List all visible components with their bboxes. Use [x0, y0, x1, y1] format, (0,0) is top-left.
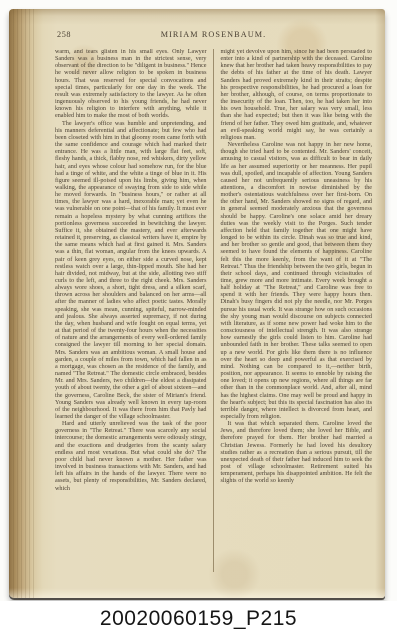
- paragraph: might yet devolve upon him, since he had…: [221, 49, 373, 142]
- paragraph: Nevertheless Caroline was not happy in h…: [221, 142, 373, 421]
- scan-label-strip: 20020060159_P215: [0, 601, 397, 640]
- paragraph: The lawyer's office was humble and unpre…: [55, 121, 207, 422]
- page-content: 258 MIRIAM ROSENBAUM. warm, and tears gl…: [55, 29, 372, 572]
- page-edge-decoration: [9, 9, 35, 598]
- paragraph: warm, and tears glisten in his small eye…: [55, 49, 207, 121]
- text-column-left: warm, and tears glisten in his small eye…: [55, 49, 213, 572]
- page-header: 258 MIRIAM ROSENBAUM.: [55, 29, 372, 42]
- accession-label: 20020060159_P215: [100, 607, 297, 631]
- running-title: MIRIAM ROSENBAUM.: [55, 30, 372, 39]
- paragraph: Hard and utterly unrelieved was the task…: [55, 421, 207, 493]
- text-column-right: might yet devolve upon him, since he had…: [214, 49, 373, 572]
- paragraph: It was that which separated them. Caroli…: [221, 421, 373, 485]
- book-page-scan: 258 MIRIAM ROSENBAUM. warm, and tears gl…: [9, 9, 385, 598]
- text-columns: warm, and tears glisten in his small eye…: [55, 49, 372, 572]
